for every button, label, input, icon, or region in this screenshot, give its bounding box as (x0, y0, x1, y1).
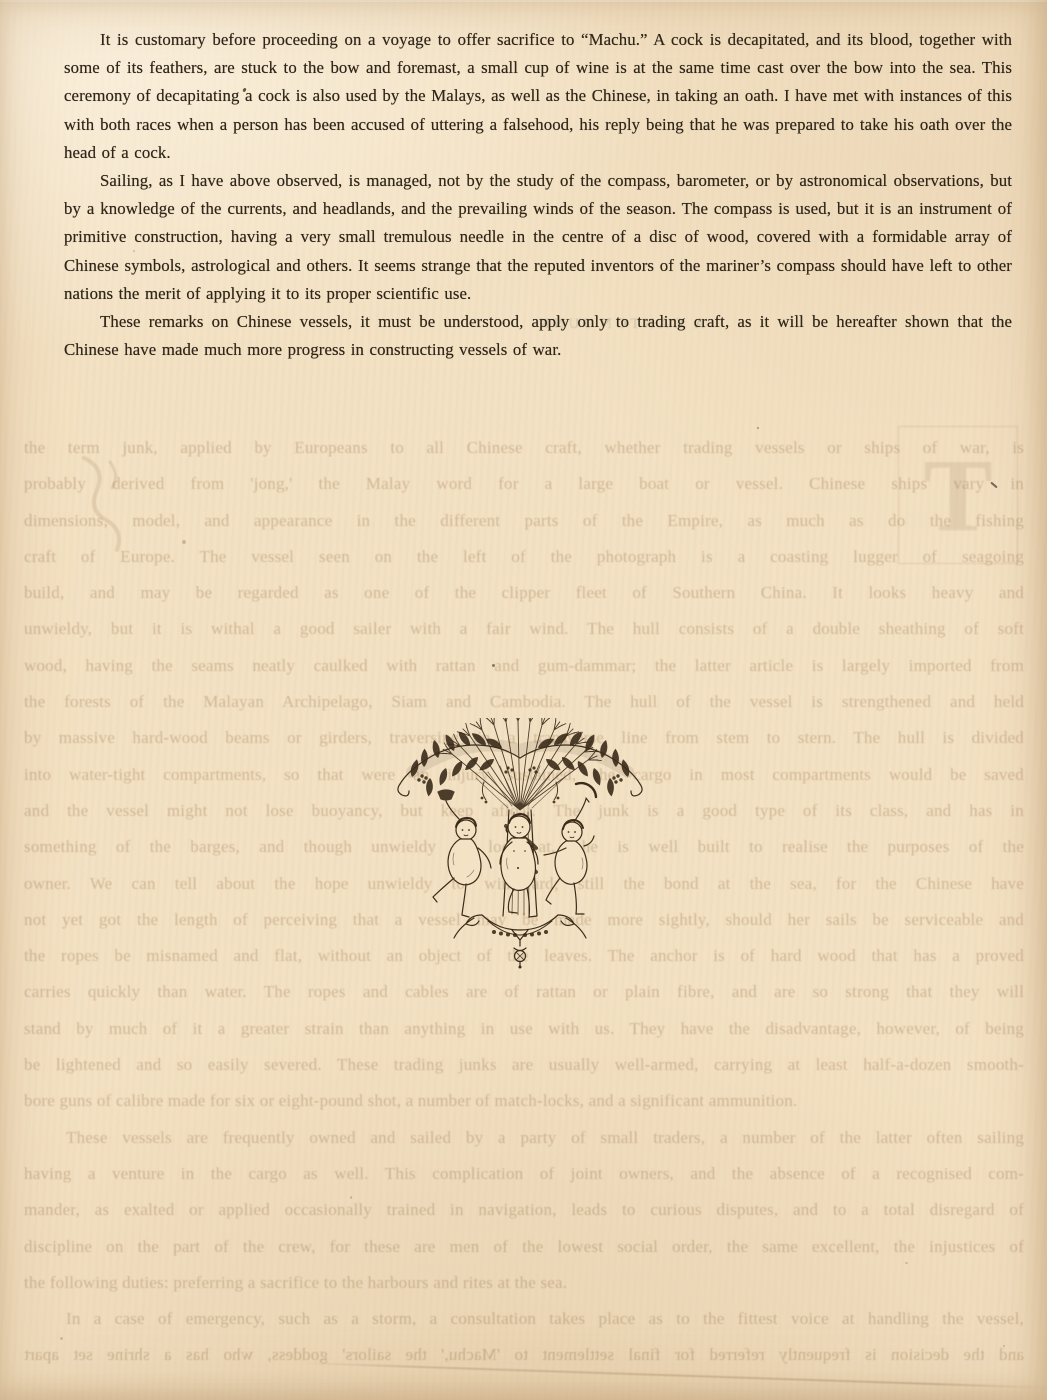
paper-speck (1003, 1345, 1005, 1347)
showthrough-line: be lightened and so easily severed. Thes… (24, 1047, 1024, 1083)
showthrough-line: stand by much of it a greater strain tha… (24, 1011, 1024, 1047)
paper-speck (350, 1196, 352, 1199)
paper-speck (133, 250, 135, 252)
showthrough-line: the forests of the Malayan Archipelago, … (24, 684, 1024, 720)
showthrough-line: dimensions, model, and appearance in the… (24, 503, 1024, 539)
wheat-sheaf (439, 718, 602, 810)
paragraph: These remarks on Chinese vessels, it mus… (64, 308, 1012, 364)
paper-speck (492, 664, 495, 667)
paragraph: Sailing, as I have above observed, is ma… (64, 167, 1012, 308)
showthrough-line: These vessels are frequently owned and s… (24, 1120, 1024, 1156)
scanned-book-page: A CANTON JUNK T the term junk, applied b… (0, 0, 1047, 1400)
base-bracket (454, 915, 586, 940)
showthrough-line: wood, having the seams neatly caulked wi… (24, 648, 1024, 684)
main-text-block: It is customary before proceeding on a v… (64, 26, 1012, 364)
paper-speck (905, 1262, 908, 1264)
showthrough-line: and the decision is frequently referred … (24, 1337, 1024, 1373)
showthrough-line: craft of Europe. The vessel seen on the … (24, 539, 1024, 575)
showthrough-line: the term junk, applied by Europeans to a… (24, 430, 1024, 466)
paper-speck (182, 540, 186, 544)
tailpiece-engraving (388, 718, 652, 970)
showthrough-line: bore guns of calibre made for six or eig… (24, 1083, 1024, 1119)
showthrough-line: mander, as exalted or applied occasional… (24, 1192, 1024, 1228)
showthrough-line: build, and may be regarded as one of the… (24, 575, 1024, 611)
pendant-finial (514, 940, 526, 969)
showthrough-line: unwieldy, but it is withal a good sailer… (24, 611, 1024, 647)
cherub-left (433, 790, 491, 917)
showthrough-line: probably derived from 'jong,' the Malay … (24, 466, 1024, 502)
paper-speck (60, 1337, 63, 1340)
paragraph: It is customary before proceeding on a v… (64, 26, 1012, 167)
showthrough-line: discipline on the part of the crew, for … (24, 1229, 1024, 1265)
showthrough-line: carries quickly than water. The ropes an… (24, 974, 1024, 1010)
showthrough-line: the following duties: preferring a sacri… (24, 1265, 1024, 1301)
paper-speck (757, 427, 759, 429)
showthrough-line: In a case of emergency, such as a storm,… (24, 1301, 1024, 1337)
cherub-right (544, 783, 596, 914)
showthrough-line: having a venture in the cargo as well. T… (24, 1156, 1024, 1192)
